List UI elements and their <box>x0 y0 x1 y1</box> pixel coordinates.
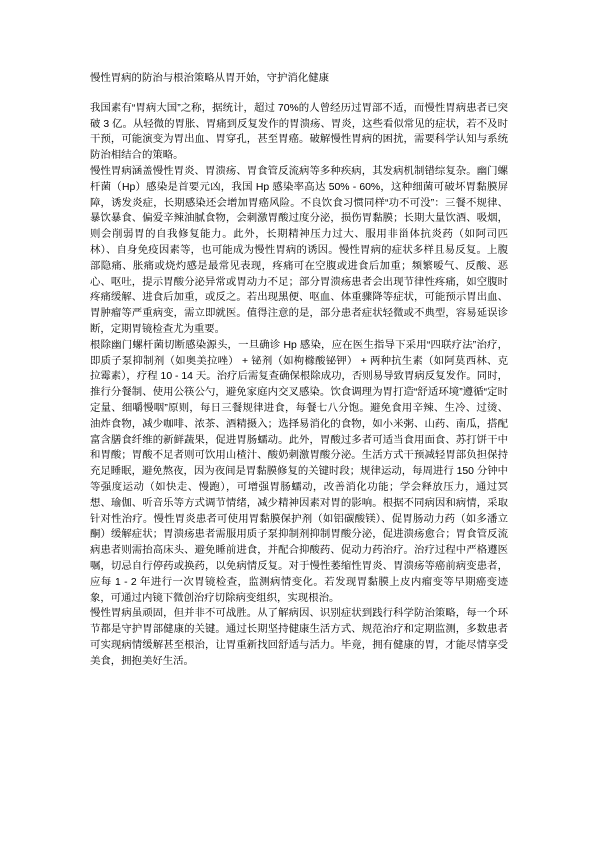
paragraph: 我国素有“胃病大国”之称，据统计，超过 70%的人曾经历过胃部不适，而慢性胃病患… <box>90 101 508 164</box>
paragraph: 根除幽门螺杆菌切断感染源头，一旦确诊 Hp 感染，应在医生指导下采用“四联疗法”… <box>90 338 508 607</box>
document-content: 慢性胃病的防治与根治策略从胃开始，守护消化健康 我国素有“胃病大国”之称，据统计… <box>90 71 508 669</box>
document-page: 慢性胃病的防治与根治策略从胃开始，守护消化健康 我国素有“胃病大国”之称，据统计… <box>0 0 595 841</box>
paragraph: 慢性胃病涵盖慢性胃炎、胃溃疡、胃食管反流病等多种疾病，其发病机制错综复杂。幽门螺… <box>90 164 508 338</box>
paragraph: 慢性胃病虽顽固，但并非不可战胜。从了解病因、识别症状到践行科学防治策略，每一个环… <box>90 606 508 669</box>
document-body: 我国素有“胃病大国”之称，据统计，超过 70%的人曾经历过胃部不适，而慢性胃病患… <box>90 101 508 670</box>
document-title: 慢性胃病的防治与根治策略从胃开始，守护消化健康 <box>90 71 508 87</box>
